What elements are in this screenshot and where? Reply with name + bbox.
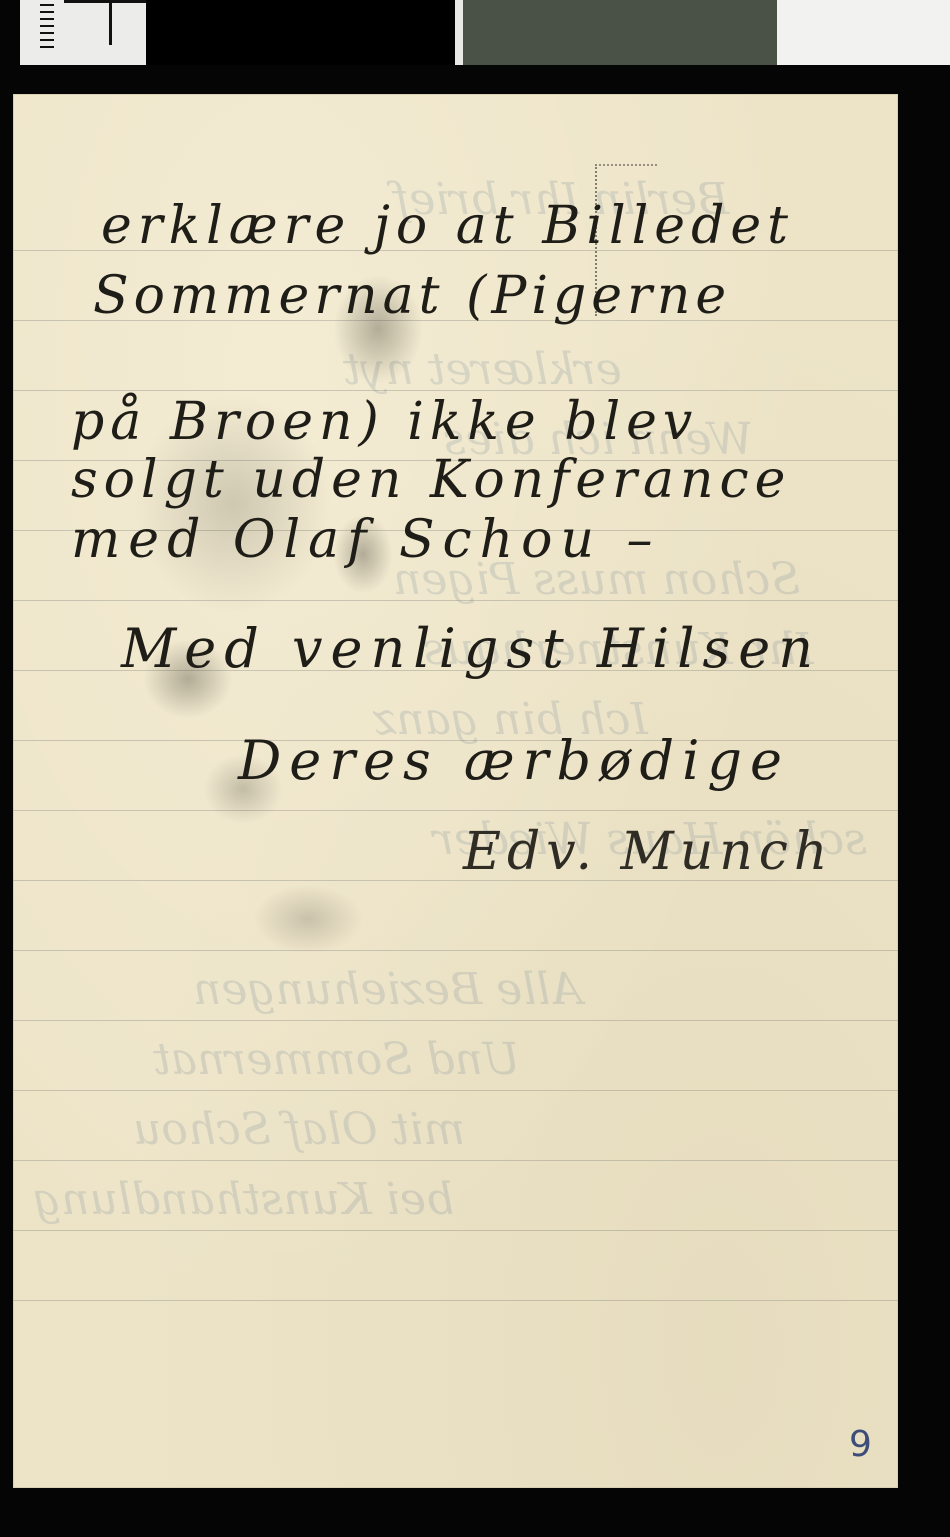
scale-ruler-ticks: [40, 4, 54, 53]
letter-line-2: Sommernat (Pigerne: [93, 270, 731, 322]
ruled-line: [13, 1230, 898, 1231]
crosshair-vertical: [109, 0, 112, 45]
signature: Edv. Munch: [463, 826, 833, 878]
ink-smudge: [253, 884, 363, 954]
page-number: 9: [849, 1424, 872, 1465]
color-patch-dark-green: [463, 0, 777, 65]
bleed-through-line: mit Olaf Schou: [133, 1104, 465, 1155]
color-patch-white-2: [777, 0, 950, 65]
ruled-line: [13, 1090, 898, 1091]
color-patch-black: [146, 0, 455, 65]
ruled-line: [13, 1160, 898, 1161]
letter-line-4: solgt uden Konferance: [71, 454, 791, 506]
ruled-line: [13, 1020, 898, 1021]
letter-line-1: erklære jo at Billedet: [101, 200, 794, 252]
bleed-through-line: Alle Beziehungen: [193, 964, 582, 1015]
letter-page: Berlin Ihr brief erklæret nyt Wenn ich d…: [13, 94, 898, 1488]
letter-closing: Med venligst Hilsen: [121, 622, 821, 676]
letter-line-5: med Olaf Schou –: [71, 514, 661, 566]
letter-line-3: på Broen) ikke blev: [71, 396, 698, 448]
bleed-through-line: bei Kunsthandlung: [33, 1174, 454, 1225]
ruled-line: [13, 810, 898, 811]
ruled-line: [13, 950, 898, 951]
calibration-strip: [0, 0, 950, 67]
ruled-line: [13, 1300, 898, 1301]
letter-sign-off: Deres ærbødige: [238, 734, 790, 788]
color-patch-light-grey: [455, 0, 463, 65]
bleed-through-line: Und Sommernat: [153, 1034, 520, 1085]
color-patch-white: [20, 0, 146, 65]
